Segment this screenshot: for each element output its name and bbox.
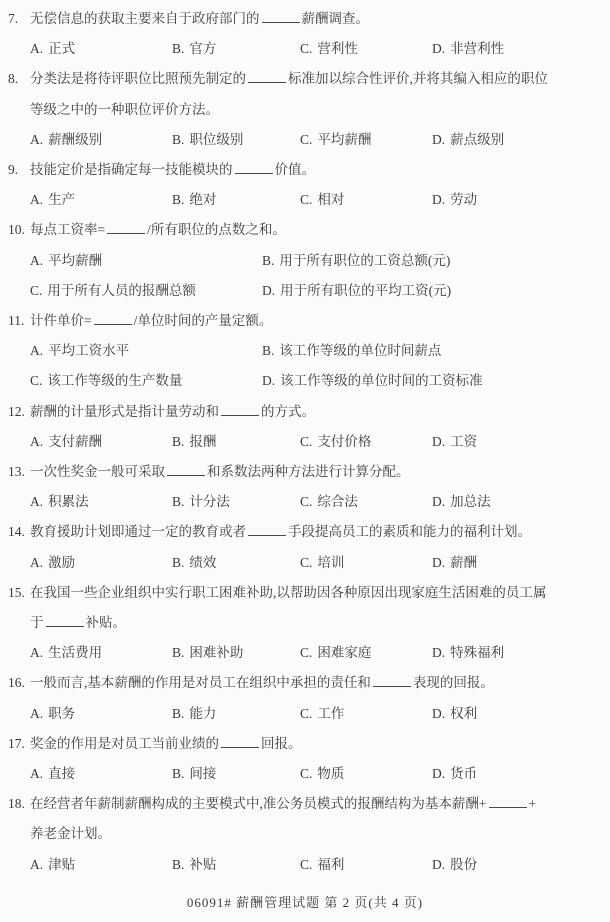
question-number: 16. [8, 668, 30, 698]
option-label: B. [172, 132, 184, 147]
question-stem-line: 16.一般而言,基本薪酬的作用是对员工在组织中承担的责任和表现的回报。 [0, 668, 610, 698]
option-text: 货币 [450, 766, 477, 781]
answer-blank [167, 463, 205, 476]
option-text: 绝对 [189, 192, 216, 207]
option-text: 津贴 [48, 857, 75, 872]
question-stem-line: 10.每点工资率=/所有职位的点数之和。 [0, 215, 610, 245]
question-list: 7.无偿信息的获取主要来自于政府部门的薪酬调查。A.正式B.官方C.营利性D.非… [0, 4, 610, 880]
option-text: 激励 [48, 555, 75, 570]
option-text: 物质 [317, 766, 344, 781]
stem-text: 薪酬的计量形式是指计量劳动和 [30, 404, 219, 419]
question-stem-line: 9.技能定价是指确定每一技能模块的价值。 [0, 155, 610, 185]
stem-text: 在经营者年薪制薪酬构成的主要模式中,准公务员模式的报酬结构为基本薪酬+ [30, 796, 487, 811]
option: A.正式 [30, 34, 172, 64]
option: B.该工作等级的单位时间薪点 [262, 336, 602, 366]
option: C.该工作等级的生产数量 [30, 366, 262, 396]
question-stem-line: 15.在我国一些企业组织中实行职工困难补助,以帮助因各种原因出现家庭生活困难的员… [0, 578, 610, 608]
question: 8.分类法是将待评职位比照预先制定的标准加以综合性评价,并将其编入相应的职位等级… [0, 64, 610, 155]
option-row: A.支付薪酬B.报酬C.支付价格D.工资 [0, 427, 610, 457]
stem-text: 一般而言,基本薪酬的作用是对员工在组织中承担的责任和 [30, 675, 371, 690]
stem-text: 教育援助计划即通过一定的教育或者 [30, 524, 246, 539]
option-label: D. [432, 645, 445, 660]
option-text: 综合法 [317, 494, 358, 509]
question-stem-line: 13.一次性奖金一般可采取和系数法两种方法进行计算分配。 [0, 457, 610, 487]
option: A.支付薪酬 [30, 427, 172, 457]
option-label: D. [432, 766, 445, 781]
option-text: 薪酬级别 [48, 132, 102, 147]
option-text: 用于所有人员的报酬总额 [47, 283, 196, 298]
option-text: 直接 [48, 766, 75, 781]
option-label: B. [172, 192, 184, 207]
option-label: A. [30, 494, 43, 509]
option-row: A.薪酬级别B.职位级别C.平均薪酬D.薪点级别 [0, 125, 610, 155]
option-label: C. [30, 373, 42, 388]
option-text: 支付价格 [317, 434, 371, 449]
option-text: 平均薪酬 [317, 132, 371, 147]
option: C.营利性 [300, 34, 432, 64]
option-text: 支付薪酬 [48, 434, 102, 449]
question-number: 10. [8, 215, 30, 245]
option: D.用于所有职位的平均工资(元) [262, 276, 602, 306]
option-text: 营利性 [317, 41, 358, 56]
option-row: A.平均工资水平B.该工作等级的单位时间薪点 [0, 336, 610, 366]
option: A.激励 [30, 548, 172, 578]
answer-blank [235, 161, 273, 174]
question: 10.每点工资率=/所有职位的点数之和。A.平均薪酬B.用于所有职位的工资总额(… [0, 215, 610, 306]
question-number: 15. [8, 578, 30, 608]
option: B.困难补助 [172, 638, 300, 668]
option-label: B. [172, 706, 184, 721]
option: B.用于所有职位的工资总额(元) [262, 246, 602, 276]
option-label: C. [300, 555, 312, 570]
option-text: 能力 [189, 706, 216, 721]
option-text: 劳动 [450, 192, 477, 207]
option-label: D. [432, 706, 445, 721]
option: A.职务 [30, 699, 172, 729]
option-text: 加总法 [450, 494, 491, 509]
stem-text: /所有职位的点数之和。 [147, 222, 286, 237]
option-row: A.正式B.官方C.营利性D.非营利性 [0, 34, 610, 64]
answer-blank [221, 735, 259, 748]
option-text: 补贴 [189, 857, 216, 872]
option: D.薪酬 [432, 548, 602, 578]
option: A.薪酬级别 [30, 125, 172, 155]
option-label: C. [300, 706, 312, 721]
question-stem-line: 14.教育援助计划即通过一定的教育或者手段提高员工的素质和能力的福利计划。 [0, 517, 610, 547]
option-label: B. [172, 766, 184, 781]
option-label: B. [172, 41, 184, 56]
option-text: 绩效 [189, 555, 216, 570]
stem-text: 技能定价是指确定每一技能模块的 [30, 162, 233, 177]
stem-text: 无偿信息的获取主要来自于政府部门的 [30, 11, 260, 26]
option-text: 工资 [450, 434, 477, 449]
option: C.相对 [300, 185, 432, 215]
option-row: A.平均薪酬B.用于所有职位的工资总额(元) [0, 246, 610, 276]
option: B.能力 [172, 699, 300, 729]
option-label: A. [30, 706, 43, 721]
option: D.劳动 [432, 185, 602, 215]
option: A.津贴 [30, 850, 172, 880]
option: A.平均薪酬 [30, 246, 262, 276]
question: 13.一次性奖金一般可采取和系数法两种方法进行计算分配。A.积累法B.计分法C.… [0, 457, 610, 517]
stem-text: 奖金的作用是对员工当前业绩的 [30, 736, 219, 751]
option: A.平均工资水平 [30, 336, 262, 366]
option-text: 困难家庭 [317, 645, 371, 660]
question-stem-line: 养老金计划。 [0, 819, 610, 849]
option: C.平均薪酬 [300, 125, 432, 155]
stem-text: 于 [30, 615, 44, 630]
option-text: 正式 [48, 41, 75, 56]
option: D.该工作等级的单位时间的工资标准 [262, 366, 602, 396]
option-row: A.职务B.能力C.工作D.权利 [0, 699, 610, 729]
option-row: C.该工作等级的生产数量D.该工作等级的单位时间的工资标准 [0, 366, 610, 396]
stem-text: 养老金计划。 [30, 826, 111, 841]
option: D.特殊福利 [432, 638, 602, 668]
option: B.绝对 [172, 185, 300, 215]
question-number: 11. [8, 306, 30, 336]
question: 11.计件单价=/单位时间的产量定额。A.平均工资水平B.该工作等级的单位时间薪… [0, 306, 610, 397]
option: C.困难家庭 [300, 638, 432, 668]
option-label: B. [262, 253, 274, 268]
question-stem-line: 于补贴。 [0, 608, 610, 638]
option: B.计分法 [172, 487, 300, 517]
option-label: D. [262, 373, 275, 388]
option-label: B. [172, 494, 184, 509]
answer-blank [489, 795, 527, 808]
option-text: 薪点级别 [450, 132, 504, 147]
option-label: C. [300, 41, 312, 56]
option-label: C. [300, 132, 312, 147]
option-label: A. [30, 434, 43, 449]
option-label: A. [30, 253, 43, 268]
option-text: 特殊福利 [450, 645, 504, 660]
question: 17.奖金的作用是对员工当前业绩的回报。A.直接B.间接C.物质D.货币 [0, 729, 610, 789]
option-text: 平均工资水平 [48, 343, 129, 358]
stem-text: 一次性奖金一般可采取 [30, 464, 165, 479]
option-text: 薪酬 [450, 555, 477, 570]
option: B.报酬 [172, 427, 300, 457]
question-stem-line: 等级之中的一种职位评价方法。 [0, 95, 610, 125]
option-label: C. [300, 494, 312, 509]
answer-blank [94, 312, 132, 325]
stem-text: 在我国一些企业组织中实行职工困难补助,以帮助因各种原因出现家庭生活困难的员工属 [30, 585, 546, 600]
answer-blank [248, 523, 286, 536]
option-text: 平均薪酬 [48, 253, 102, 268]
answer-blank [107, 221, 145, 234]
option: C.物质 [300, 759, 432, 789]
option-label: D. [432, 494, 445, 509]
option-label: A. [30, 645, 43, 660]
question: 12.薪酬的计量形式是指计量劳动和的方式。A.支付薪酬B.报酬C.支付价格D.工… [0, 397, 610, 457]
option-text: 职务 [48, 706, 75, 721]
option-text: 该工作等级的生产数量 [47, 373, 182, 388]
option-label: D. [432, 857, 445, 872]
option: D.权利 [432, 699, 602, 729]
answer-blank [221, 403, 259, 416]
option-text: 非营利性 [450, 41, 504, 56]
option-label: A. [30, 555, 43, 570]
option-label: C. [300, 192, 312, 207]
option-label: D. [432, 41, 445, 56]
question-number: 17. [8, 729, 30, 759]
option: B.职位级别 [172, 125, 300, 155]
stem-text: /单位时间的产量定额。 [134, 313, 273, 328]
option-row: A.生产B.绝对C.相对D.劳动 [0, 185, 610, 215]
option-text: 该工作等级的单位时间的工资标准 [280, 373, 483, 388]
option: A.积累法 [30, 487, 172, 517]
option-label: D. [432, 434, 445, 449]
option-row: A.激励B.绩效C.培训D.薪酬 [0, 548, 610, 578]
option-row: C.用于所有人员的报酬总额D.用于所有职位的平均工资(元) [0, 276, 610, 306]
exam-page: 7.无偿信息的获取主要来自于政府部门的薪酬调查。A.正式B.官方C.营利性D.非… [0, 0, 610, 922]
stem-text: 分类法是将待评职位比照预先制定的 [30, 71, 246, 86]
option-label: C. [300, 645, 312, 660]
question: 15.在我国一些企业组织中实行职工困难补助,以帮助因各种原因出现家庭生活困难的员… [0, 578, 610, 669]
stem-text: 回报。 [261, 736, 302, 751]
option: B.补贴 [172, 850, 300, 880]
option-label: D. [262, 283, 275, 298]
question-number: 7. [8, 4, 30, 34]
answer-blank [248, 70, 286, 83]
question: 18.在经营者年薪制薪酬构成的主要模式中,准公务员模式的报酬结构为基本薪酬++养… [0, 789, 610, 880]
option-text: 相对 [317, 192, 344, 207]
question: 7.无偿信息的获取主要来自于政府部门的薪酬调查。A.正式B.官方C.营利性D.非… [0, 4, 610, 64]
stem-text: 标准加以综合性评价,并将其编入相应的职位 [288, 71, 548, 86]
option-text: 工作 [317, 706, 344, 721]
option: C.综合法 [300, 487, 432, 517]
option-text: 用于所有职位的平均工资(元) [280, 283, 451, 298]
stem-text: + [529, 796, 537, 811]
question-stem-line: 12.薪酬的计量形式是指计量劳动和的方式。 [0, 397, 610, 427]
option: D.货币 [432, 759, 602, 789]
option-label: C. [300, 766, 312, 781]
stem-text: 薪酬调查。 [302, 11, 370, 26]
stem-text: 和系数法两种方法进行计算分配。 [207, 464, 410, 479]
option-label: B. [172, 857, 184, 872]
stem-text: 计件单价= [30, 313, 92, 328]
answer-blank [373, 674, 411, 687]
option: D.加总法 [432, 487, 602, 517]
stem-text: 每点工资率= [30, 222, 105, 237]
option-label: B. [262, 343, 274, 358]
option: C.用于所有人员的报酬总额 [30, 276, 262, 306]
option-label: B. [172, 434, 184, 449]
question-number: 9. [8, 155, 30, 185]
option: D.股份 [432, 850, 602, 880]
stem-text: 表现的回报。 [413, 675, 494, 690]
option-text: 权利 [450, 706, 477, 721]
question: 16.一般而言,基本薪酬的作用是对员工在组织中承担的责任和表现的回报。A.职务B… [0, 668, 610, 728]
option: A.生活费用 [30, 638, 172, 668]
option: C.支付价格 [300, 427, 432, 457]
option: A.直接 [30, 759, 172, 789]
option-label: C. [30, 283, 42, 298]
option: A.生产 [30, 185, 172, 215]
option: C.培训 [300, 548, 432, 578]
question-stem-line: 7.无偿信息的获取主要来自于政府部门的薪酬调查。 [0, 4, 610, 34]
option-label: A. [30, 41, 43, 56]
option-label: A. [30, 766, 43, 781]
option-row: A.生活费用B.困难补助C.困难家庭D.特殊福利 [0, 638, 610, 668]
option-text: 股份 [450, 857, 477, 872]
question-stem-line: 18.在经营者年薪制薪酬构成的主要模式中,准公务员模式的报酬结构为基本薪酬++ [0, 789, 610, 819]
option-label: A. [30, 857, 43, 872]
question-number: 18. [8, 789, 30, 819]
question-number: 12. [8, 397, 30, 427]
option-text: 生活费用 [48, 645, 102, 660]
option-text: 官方 [189, 41, 216, 56]
option-text: 积累法 [48, 494, 89, 509]
option-text: 报酬 [189, 434, 216, 449]
option: C.福利 [300, 850, 432, 880]
option-text: 生产 [48, 192, 75, 207]
option: B.官方 [172, 34, 300, 64]
option-label: A. [30, 132, 43, 147]
stem-text: 价值。 [275, 162, 316, 177]
question-stem-line: 11.计件单价=/单位时间的产量定额。 [0, 306, 610, 336]
page-footer: 06091# 薪酬管理试题 第 2 页(共 4 页) [0, 892, 610, 914]
option: D.工资 [432, 427, 602, 457]
stem-text: 的方式。 [261, 404, 315, 419]
stem-text: 等级之中的一种职位评价方法。 [30, 102, 219, 117]
option-label: B. [172, 555, 184, 570]
option-text: 该工作等级的单位时间薪点 [279, 343, 441, 358]
answer-blank [46, 614, 84, 627]
stem-text: 补贴。 [86, 615, 127, 630]
stem-text: 手段提高员工的素质和能力的福利计划。 [288, 524, 531, 539]
question-number: 14. [8, 517, 30, 547]
option-label: C. [300, 857, 312, 872]
option-text: 福利 [317, 857, 344, 872]
option-label: B. [172, 645, 184, 660]
option-row: A.津贴B.补贴C.福利D.股份 [0, 850, 610, 880]
option-label: A. [30, 192, 43, 207]
question: 14.教育援助计划即通过一定的教育或者手段提高员工的素质和能力的福利计划。A.激… [0, 517, 610, 577]
option-row: A.积累法B.计分法C.综合法D.加总法 [0, 487, 610, 517]
option-text: 职位级别 [189, 132, 243, 147]
option-label: A. [30, 343, 43, 358]
option-label: D. [432, 132, 445, 147]
option-text: 困难补助 [189, 645, 243, 660]
option-label: D. [432, 555, 445, 570]
option: D.非营利性 [432, 34, 602, 64]
option-text: 间接 [189, 766, 216, 781]
question-stem-line: 8.分类法是将待评职位比照预先制定的标准加以综合性评价,并将其编入相应的职位 [0, 64, 610, 94]
option: B.间接 [172, 759, 300, 789]
option: B.绩效 [172, 548, 300, 578]
option: C.工作 [300, 699, 432, 729]
question-number: 8. [8, 64, 30, 94]
option-row: A.直接B.间接C.物质D.货币 [0, 759, 610, 789]
option: D.薪点级别 [432, 125, 602, 155]
option-label: C. [300, 434, 312, 449]
option-label: D. [432, 192, 445, 207]
option-text: 计分法 [189, 494, 230, 509]
answer-blank [262, 10, 300, 23]
question-number: 13. [8, 457, 30, 487]
option-text: 培训 [317, 555, 344, 570]
option-text: 用于所有职位的工资总额(元) [279, 253, 450, 268]
question-stem-line: 17.奖金的作用是对员工当前业绩的回报。 [0, 729, 610, 759]
question: 9.技能定价是指确定每一技能模块的价值。A.生产B.绝对C.相对D.劳动 [0, 155, 610, 215]
